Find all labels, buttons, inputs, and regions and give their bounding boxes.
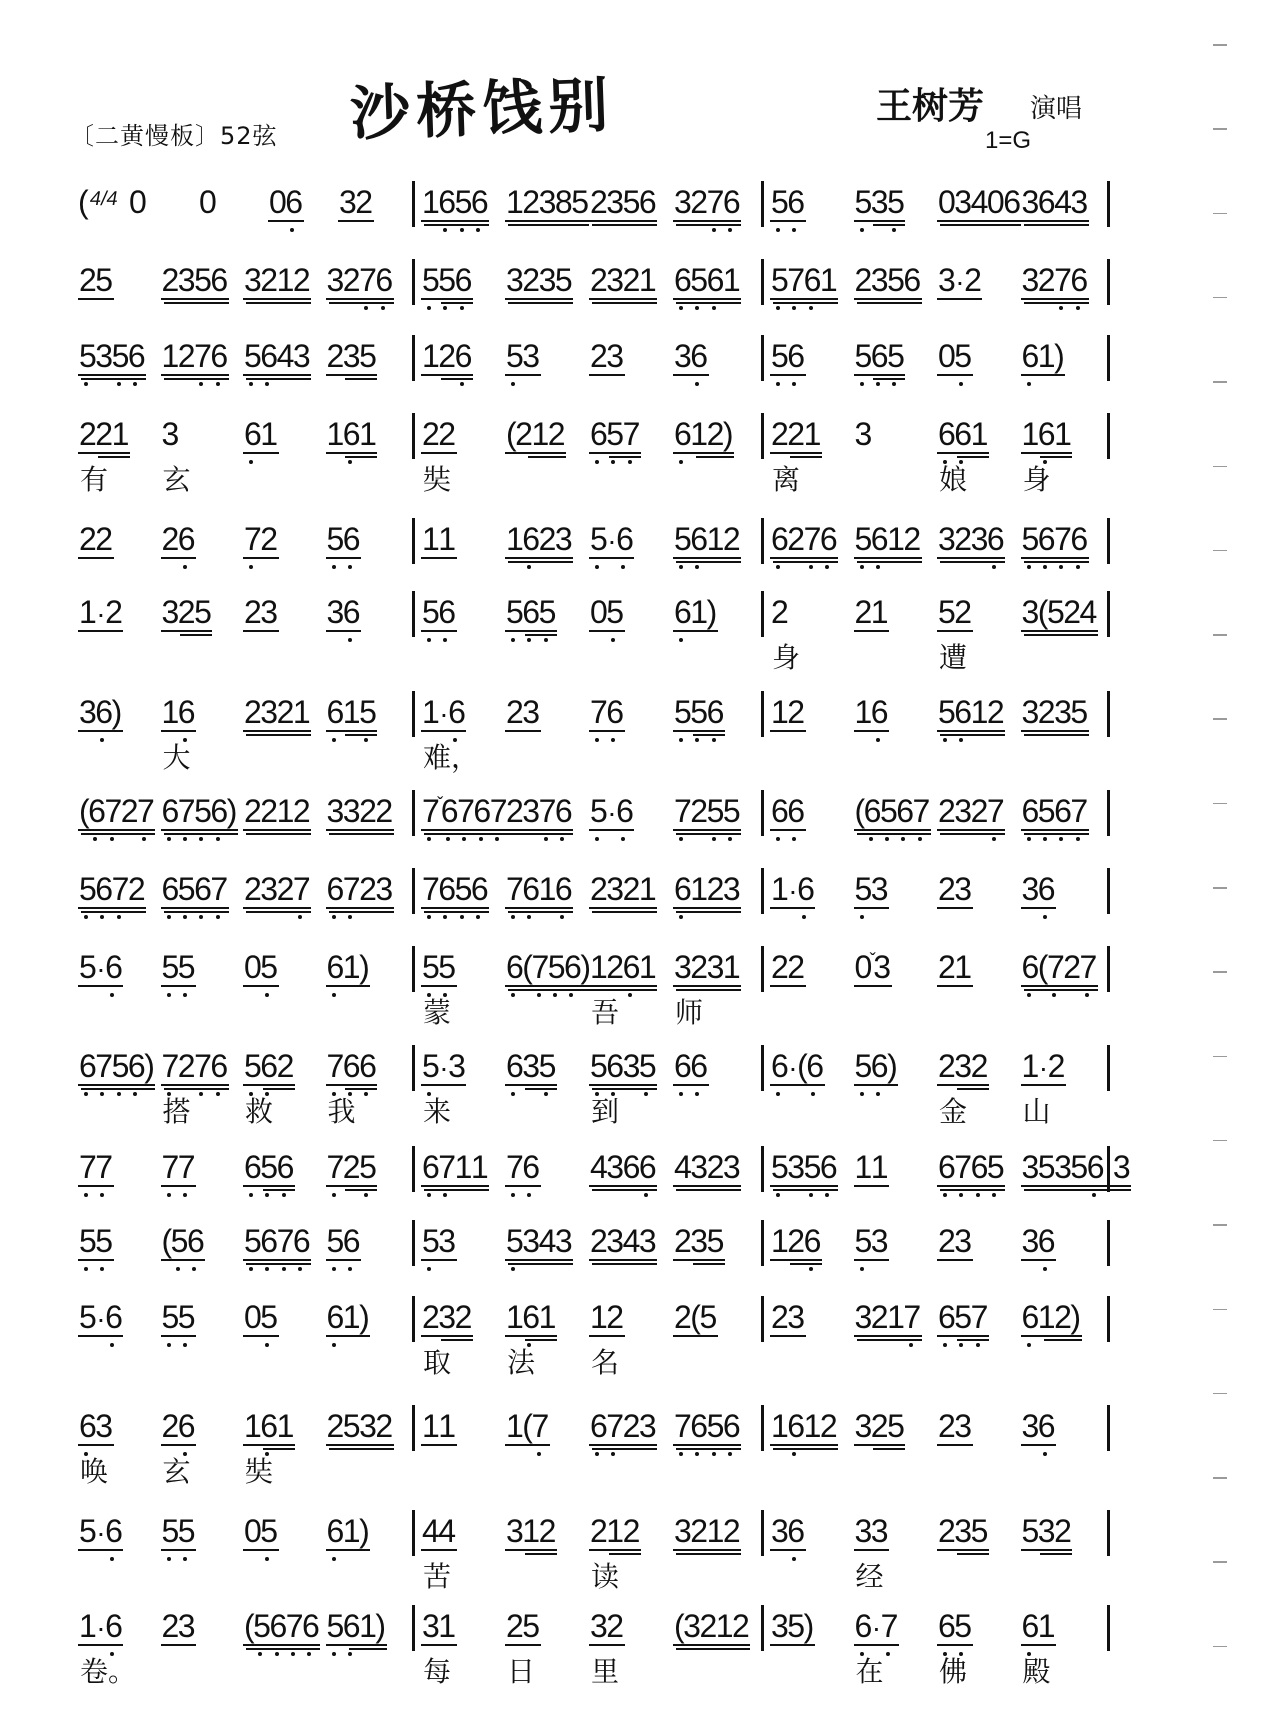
note: 6 — [187, 1225, 203, 1257]
note: 3 — [855, 1410, 871, 1442]
note: 6 — [260, 1410, 276, 1442]
note: 5 — [855, 340, 871, 372]
barline — [761, 1045, 764, 1091]
note-group: 221 — [78, 418, 130, 454]
rest: 0 — [199, 186, 215, 218]
note-group: 1(7 — [505, 1410, 550, 1446]
beat: 7656 — [673, 1410, 757, 1446]
note: 2 — [522, 186, 538, 218]
note-group: 12385 — [505, 186, 589, 222]
rest: 0 — [244, 1515, 260, 1547]
note: 5 — [244, 340, 260, 372]
beat: 5676 — [243, 1225, 326, 1261]
note: 6 — [707, 264, 723, 296]
margin-tick — [1213, 1056, 1227, 1058]
note: 2 — [506, 795, 522, 827]
note-group: 6567 — [161, 873, 229, 909]
note-group: 05 — [937, 340, 973, 376]
beat: 161奘 — [243, 1410, 326, 1446]
note-group: 23 — [161, 1610, 197, 1646]
note: 5 — [112, 1050, 128, 1082]
note: 5 — [954, 1301, 970, 1333]
note: 2 — [674, 1301, 690, 1333]
note-group: 7656 — [421, 873, 489, 909]
note: 2 — [938, 1225, 954, 1257]
note: 2 — [771, 951, 787, 983]
note: 6 — [343, 418, 359, 450]
note: 3 — [339, 186, 355, 218]
note-group: 561) — [326, 1610, 387, 1646]
beat: 25 — [78, 264, 161, 300]
lyric: 苦 — [423, 1561, 451, 1593]
note: 5 — [555, 264, 571, 296]
note: 1 — [277, 264, 293, 296]
note: 1 — [606, 1515, 622, 1547]
note: 2 — [771, 418, 787, 450]
note: 2 — [438, 340, 454, 372]
beat: 232取 — [421, 1301, 505, 1337]
note: 5 — [359, 696, 375, 728]
note-group: 23 — [505, 696, 541, 732]
beat: 2(5 — [673, 1301, 757, 1337]
note: 4 — [1080, 596, 1096, 628]
lyric: 大 — [163, 742, 191, 774]
beat: 6(727 — [1021, 951, 1105, 987]
note: 6 — [1038, 186, 1054, 218]
note: 2 — [787, 696, 803, 728]
barline — [412, 1405, 415, 1451]
beat: 6711 — [421, 1151, 505, 1187]
note: 5 — [590, 523, 606, 555]
note: 6 — [987, 523, 1003, 555]
beat: 76 — [505, 1151, 589, 1187]
beat: 3276 — [1021, 264, 1105, 300]
note: 6 — [128, 1050, 144, 1082]
note-group: 6711 — [421, 1151, 489, 1187]
note-group: 6756) — [78, 1050, 155, 1086]
margin-tick — [1213, 634, 1227, 636]
note: 6 — [971, 1151, 987, 1183]
beat: 235 — [673, 1225, 757, 1261]
note: 6 — [564, 951, 580, 983]
note: 5 — [171, 1225, 187, 1257]
rest: 0 — [938, 186, 954, 218]
beat: 2327 — [243, 873, 326, 909]
beat: 126 — [421, 340, 505, 376]
note-group: 5·6 — [589, 795, 634, 831]
note-group: 325 — [854, 1410, 906, 1446]
note: 2 — [787, 951, 803, 983]
note: 1 — [771, 1225, 787, 1257]
barline — [761, 335, 764, 381]
note: 2 — [327, 340, 343, 372]
beat: 1261吾 — [589, 951, 673, 987]
note: 3 — [871, 1225, 887, 1257]
augmentation-dot: · — [96, 1517, 104, 1549]
note: 1 — [954, 951, 970, 983]
note-group: 0ˇ3 — [854, 951, 892, 987]
rest: 0 — [590, 596, 606, 628]
note: 6 — [260, 1225, 276, 1257]
note: 7 — [623, 418, 639, 450]
measure: 1·6532336 — [770, 873, 1104, 907]
note: 1 — [723, 951, 739, 983]
measure: 220ˇ3216(727 — [770, 951, 1104, 985]
note-group: 3235 — [505, 264, 573, 300]
note-group: 56 — [326, 523, 362, 559]
beat: 561) — [326, 1610, 409, 1646]
note: 6 — [260, 1050, 276, 1082]
note: 2 — [327, 1410, 343, 1442]
note: 1 — [590, 1301, 606, 1333]
close-bracket: ) — [1070, 1301, 1079, 1333]
note: 3 — [343, 795, 359, 827]
time-signature: 4/4 — [87, 183, 120, 215]
beat: 55 — [161, 1515, 244, 1551]
note: 3 — [954, 1515, 970, 1547]
beat: 1·6卷。 — [78, 1610, 161, 1646]
note: 2 — [422, 1301, 438, 1333]
note-group: 2(5 — [673, 1301, 718, 1337]
barline — [412, 1220, 415, 1266]
note: 3 — [606, 340, 622, 372]
beat: 2356 — [161, 264, 244, 300]
note: 2 — [590, 186, 606, 218]
score-opening: (4/4 — [78, 186, 128, 223]
lyric: 日 — [507, 1656, 535, 1688]
beat: 77 — [161, 1151, 244, 1187]
note: 2 — [95, 523, 111, 555]
lyric: 唤 — [80, 1456, 108, 1488]
note: 6 — [95, 873, 111, 905]
note-group: 25 — [78, 264, 114, 300]
note: 3 — [162, 418, 178, 450]
lyric: 遭 — [939, 642, 967, 674]
note-group: 77 — [78, 1151, 114, 1187]
augmentation-dot: · — [439, 1052, 447, 1084]
note: 5 — [422, 264, 438, 296]
note: 5 — [506, 1225, 522, 1257]
measure: 7656761623216123 — [421, 873, 757, 907]
note: 1 — [1038, 1610, 1054, 1642]
measure: 556323523216561 — [421, 264, 757, 298]
margin-tick — [1213, 128, 1227, 130]
note: 6 — [871, 696, 887, 728]
note: 5 — [79, 1225, 95, 1257]
note: 3 — [79, 696, 95, 728]
note-group: 61 — [243, 418, 279, 454]
note: 5 — [79, 1301, 95, 1333]
note: 1 — [506, 186, 522, 218]
note: 6 — [506, 1050, 522, 1082]
note-group: 2 — [770, 596, 789, 630]
note: 6 — [555, 873, 571, 905]
note: 5 — [506, 596, 522, 628]
note: 2 — [1063, 596, 1079, 628]
beat: 6561 — [673, 264, 757, 300]
note: 6 — [954, 696, 970, 728]
beat: 556 — [421, 264, 505, 300]
note: 1 — [422, 1410, 438, 1442]
note: 5 — [194, 264, 210, 296]
note-group: 36) — [78, 696, 123, 732]
note-group: 3231 — [673, 951, 741, 987]
barline — [761, 1296, 764, 1342]
note: 3 — [873, 951, 889, 983]
measure: 35)6·7在65佛61殿 — [770, 1610, 1104, 1644]
note-group: 32 — [589, 1610, 625, 1646]
beat: 612) — [1021, 1301, 1105, 1337]
note: 2 — [590, 1515, 606, 1547]
note: 1 — [771, 873, 787, 905]
beat: (56 — [161, 1225, 244, 1261]
note: 2 — [964, 264, 980, 296]
note-group: 36 — [1021, 873, 1057, 909]
note: 2 — [690, 1515, 706, 1547]
note: 4 — [277, 340, 293, 372]
beat: 6756) — [78, 1050, 161, 1086]
beat: 161 — [326, 418, 409, 454]
beat: 36 — [1021, 1225, 1105, 1261]
note-group: 565 — [854, 340, 906, 376]
beat: 562救 — [243, 1050, 326, 1086]
note-group: 76 — [505, 1151, 541, 1187]
note-group: 21 — [854, 596, 890, 632]
note-group: 66 — [673, 1050, 709, 1086]
beat: 77 — [78, 1151, 161, 1187]
note: 2 — [539, 523, 555, 555]
note-group: 3322 — [326, 795, 394, 831]
note: 5 — [674, 523, 690, 555]
note: 5 — [539, 1050, 555, 1082]
beat: 61) — [326, 1515, 409, 1551]
note-group: 4366 — [589, 1151, 657, 1187]
note-group: 11 — [421, 523, 457, 559]
note-group: (56 — [161, 1225, 206, 1261]
note: 5 — [95, 264, 111, 296]
note-group: 56) — [854, 1050, 899, 1086]
beat: 5356 — [78, 340, 161, 376]
beat: 3235 — [1021, 696, 1105, 732]
augmentation-dot: · — [607, 797, 615, 829]
note: 6 — [804, 264, 820, 296]
note: 1 — [590, 951, 606, 983]
note: 7 — [178, 795, 194, 827]
beat: 1(7 — [505, 1410, 589, 1446]
barline — [761, 1405, 764, 1451]
note: 3 — [539, 264, 555, 296]
barline — [412, 790, 415, 836]
note: 2 — [128, 873, 144, 905]
note: 2 — [121, 795, 137, 827]
note: 2 — [455, 1301, 471, 1333]
barline — [412, 1605, 415, 1651]
note-group: 12 — [589, 1301, 625, 1337]
note: 2 — [506, 696, 522, 728]
note: 5 — [887, 1410, 903, 1442]
note: 6 — [522, 1151, 538, 1183]
close-bracket: ) — [707, 596, 716, 628]
margin-tick — [1213, 381, 1227, 383]
note-group: 221 — [770, 418, 822, 454]
note: 5 — [260, 1151, 276, 1183]
note-group: 03406 — [937, 186, 1021, 222]
note: 1 — [293, 696, 309, 728]
note: 6 — [771, 795, 787, 827]
beat: 4323 — [673, 1151, 757, 1187]
note-group: 615 — [326, 696, 378, 732]
key-signature: 1=G — [985, 127, 1031, 155]
note: 5 — [327, 523, 343, 555]
note: 7 — [531, 951, 547, 983]
note: 1 — [438, 1610, 454, 1642]
note-group: 11 — [854, 1151, 890, 1187]
note: 3 — [674, 1515, 690, 1547]
beat: 2356 — [854, 264, 938, 300]
note-group: (6727 — [78, 795, 155, 831]
note: 1 — [260, 418, 276, 450]
beat: 5356 — [770, 1151, 854, 1187]
beat: 3玄 — [161, 418, 244, 452]
measure: 56535034063643 — [770, 186, 1104, 220]
note: 6 — [343, 1050, 359, 1082]
note-group: 6(756) — [505, 951, 592, 987]
note-group: 6567 — [1021, 795, 1089, 831]
note: 5 — [95, 1225, 111, 1257]
beat: 235 — [937, 1515, 1021, 1551]
lyric: 名 — [591, 1347, 619, 1379]
note: 3 — [1054, 1151, 1070, 1183]
barline — [412, 413, 415, 459]
note-group: 06 — [268, 186, 304, 222]
note: 7 — [531, 1410, 547, 1442]
note: 2 — [855, 264, 871, 296]
barline — [1107, 1220, 1110, 1266]
note: 5 — [194, 795, 210, 827]
note-group: 33 — [854, 1515, 890, 1551]
note: 7 — [539, 795, 555, 827]
note-group: 235 — [673, 1225, 725, 1261]
note: 5 — [79, 951, 95, 983]
beat: 6·(6 — [770, 1050, 854, 1086]
beat: 56 — [770, 186, 854, 222]
beat: 56 — [326, 1225, 409, 1261]
measure: 55蒙6(756)1261吾3231师 — [421, 951, 757, 985]
note: 1 — [422, 186, 438, 218]
note: 4 — [438, 1515, 454, 1547]
note: 4 — [1054, 186, 1070, 218]
measure: 7777656725 — [78, 1151, 408, 1185]
beat: 4366 — [589, 1151, 673, 1187]
beat: 05 — [937, 340, 1021, 376]
measure: 576123563·23276 — [770, 264, 1104, 298]
note: 6 — [79, 1050, 95, 1082]
note: 3 — [674, 340, 690, 372]
open-bracket: ( — [522, 951, 531, 983]
note-group: 2356 — [854, 264, 922, 300]
note: 3 — [1022, 186, 1038, 218]
note: 5 — [623, 186, 639, 218]
note: 6 — [806, 1050, 822, 1082]
note: 6 — [1022, 795, 1038, 827]
note-group: 66 — [770, 795, 806, 831]
beat: 23 — [505, 696, 589, 732]
close-bracket: ) — [804, 1610, 813, 1642]
note-group: 161 — [243, 1410, 295, 1446]
note-group: 61) — [1021, 340, 1066, 376]
note: 3 — [606, 264, 622, 296]
note: 1 — [707, 523, 723, 555]
barline — [1107, 1510, 1110, 1556]
note-group: 7276 — [161, 1050, 229, 1086]
rest: 0 — [244, 951, 260, 983]
note: 1 — [1038, 340, 1054, 372]
note: 5 — [422, 1225, 438, 1257]
lyric: 经 — [856, 1561, 884, 1593]
note: 6 — [260, 340, 276, 372]
note: 5 — [1070, 696, 1086, 728]
note-group: 22 — [770, 951, 806, 987]
note: 4 — [623, 1225, 639, 1257]
note: 6 — [438, 596, 454, 628]
beat: 7276搭 — [161, 1050, 244, 1086]
note: 3 — [375, 873, 391, 905]
note-group: 23 — [243, 596, 279, 632]
note-group: 212 — [589, 1515, 641, 1551]
note-group: 72 — [243, 523, 279, 559]
note: 2 — [539, 1515, 555, 1547]
note-group: 53 — [505, 340, 541, 376]
note: 2 — [162, 1410, 178, 1442]
note-group: 36 — [326, 596, 362, 632]
note: 2 — [723, 523, 739, 555]
note: 5 — [162, 1301, 178, 1333]
beat: 6(756) — [505, 951, 589, 987]
note: 1 — [871, 1151, 887, 1183]
note: 3 — [639, 1410, 655, 1442]
note: 5 — [1038, 1151, 1054, 1183]
note: 6 — [820, 1151, 836, 1183]
beat: 05 — [589, 596, 673, 632]
note: 2 — [938, 1410, 954, 1442]
beat: 5·6 — [589, 795, 673, 831]
note: 1 — [438, 1410, 454, 1442]
note-group: 2321 — [589, 873, 657, 909]
beat: 55 — [78, 1225, 161, 1261]
augmentation-dot: · — [788, 875, 796, 907]
barline — [1107, 790, 1110, 836]
beat: 31每 — [421, 1610, 505, 1646]
lyric: 师 — [675, 997, 703, 1029]
note-group: 4323 — [673, 1151, 741, 1187]
note: 1 — [506, 523, 522, 555]
rest: 0 — [244, 1301, 260, 1333]
note: 5 — [1022, 1515, 1038, 1547]
beat: 22奘 — [421, 418, 505, 454]
note: 2 — [771, 596, 787, 628]
note: 2 — [277, 1050, 293, 1082]
note-group: 1656 — [421, 186, 489, 222]
note-group: 3643 — [1021, 186, 1089, 222]
beat: 2321 — [243, 696, 326, 732]
note: 5 — [674, 696, 690, 728]
note: 6 — [820, 523, 836, 555]
note: 3 — [438, 1225, 454, 1257]
note: 2 — [95, 418, 111, 450]
beat: 7656 — [421, 873, 505, 909]
note-group: 1·6 — [421, 696, 466, 732]
beat: 6756) — [161, 795, 244, 831]
